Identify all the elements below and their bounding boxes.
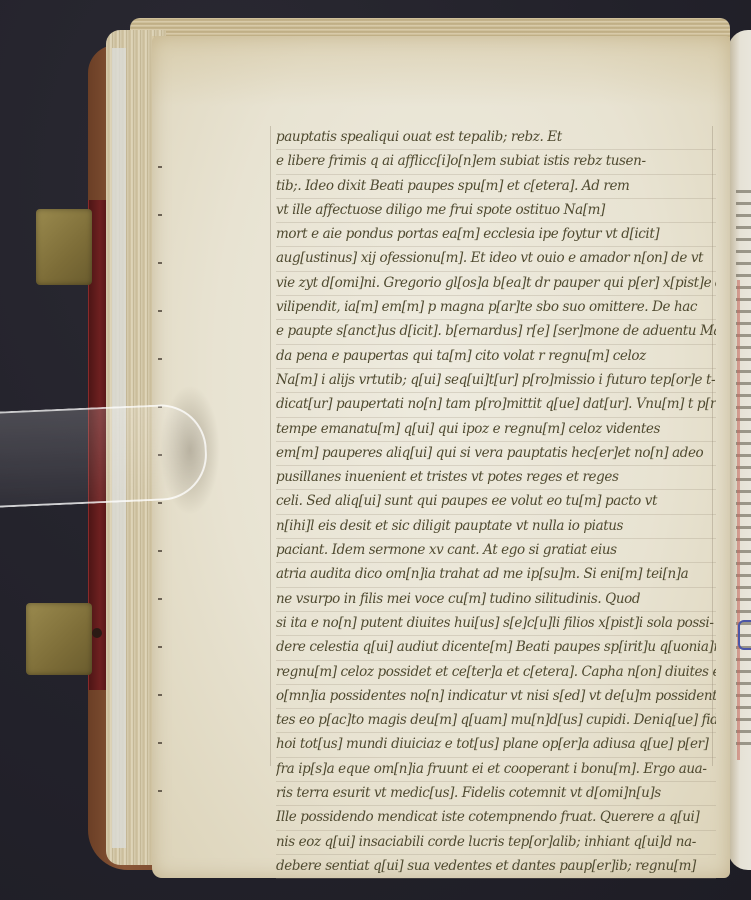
facing-page-blue-initial-icon [738, 620, 751, 650]
text-line: pusillanes inuenient et tristes vt potes… [276, 466, 716, 490]
facing-page-red-border [737, 280, 740, 760]
text-line: e libere frimis q ai afflicc[i]o[n]em su… [276, 150, 716, 174]
text-line: hoi tot[us] mundi diuiciaz e tot[us] pla… [276, 733, 716, 757]
text-line: regnu[m] celoz possidet et ce[ter]a et c… [276, 661, 716, 685]
text-line: da pena e paupertas qui ta[m] cito volat… [276, 345, 716, 369]
text-line: paciant. Idem sermone xv cant. At ego si… [276, 539, 716, 563]
ruling-line-left [270, 126, 271, 766]
text-line: o[mn]ia possidentes no[n] indicatur vt n… [276, 685, 716, 709]
text-line: n[ihi]l eis desit et sic diligit pauptat… [276, 515, 716, 539]
tab-pin-icon [92, 628, 102, 638]
text-line: vilipendit, ia[m] em[m] p magna p[ar]te … [276, 296, 716, 320]
text-line: fra ip[s]a eque om[n]ia fruunt ei et coo… [276, 758, 716, 782]
text-line: ris terra esurit vt medic[us]. Fidelis c… [276, 782, 716, 806]
text-line: si ita e no[n] putent diuites hui[us] s[… [276, 612, 716, 636]
page-stain [152, 36, 730, 106]
text-line: dere celestia q[ui] audiut dicente[m] Be… [276, 636, 716, 660]
upper-fabric-tab [36, 209, 92, 285]
text-line: aug[ustinus] xij ofessionu[m]. Et ideo v… [276, 247, 716, 271]
text-line: em[m] pauperes aliq[ui] qui si vera paup… [276, 442, 716, 466]
manuscript-page: pauptatis spealiqui ouat est tepalib; re… [152, 36, 730, 878]
text-line: tempe emanatu[m] q[ui] qui ipoz e regnu[… [276, 418, 716, 442]
text-line: Ille possidendo mendicat iste cotempnend… [276, 806, 716, 830]
text-block: pauptatis spealiqui ouat est tepalib; re… [276, 126, 716, 879]
text-line: tib;. Ideo dixit Beati paupes spu[m] et … [276, 175, 716, 199]
plastic-page-clip [0, 403, 209, 508]
text-line: dicat[ur] paupertati no[n] tam p[ro]mitt… [276, 393, 716, 417]
text-line: ne vsurpo in filis mei voce cu[m] tudino… [276, 588, 716, 612]
text-line: nis eoz q[ui] insaciabili corde lucris t… [276, 831, 716, 855]
text-line: mort e aie pondus portas ea[m] ecclesia … [276, 223, 716, 247]
lower-fabric-tab [26, 603, 92, 675]
text-line: debere sentiat q[ui] sua vedentes et dan… [276, 855, 716, 879]
text-line: tes eo p[ac]to magis deu[m] q[uam] mu[n]… [276, 709, 716, 733]
text-line: Na[m] i alijs vrtutib; q[ui] seq[ui]t[ur… [276, 369, 716, 393]
text-line: vie zyt d[omi]ni. Gregorio gl[os]a b[ea]… [276, 272, 716, 296]
text-line: atria audita dico om[n]ia trahat ad me i… [276, 563, 716, 587]
text-line: vt ille affectuose diligo me frui spote … [276, 199, 716, 223]
text-line: e paupte s[anct]us d[icit]. b[ernardus] … [276, 320, 716, 344]
text-line: celi. Sed aliq[ui] sunt qui paupes ee vo… [276, 490, 716, 514]
text-line: pauptatis spealiqui ouat est tepalib; re… [276, 126, 716, 150]
